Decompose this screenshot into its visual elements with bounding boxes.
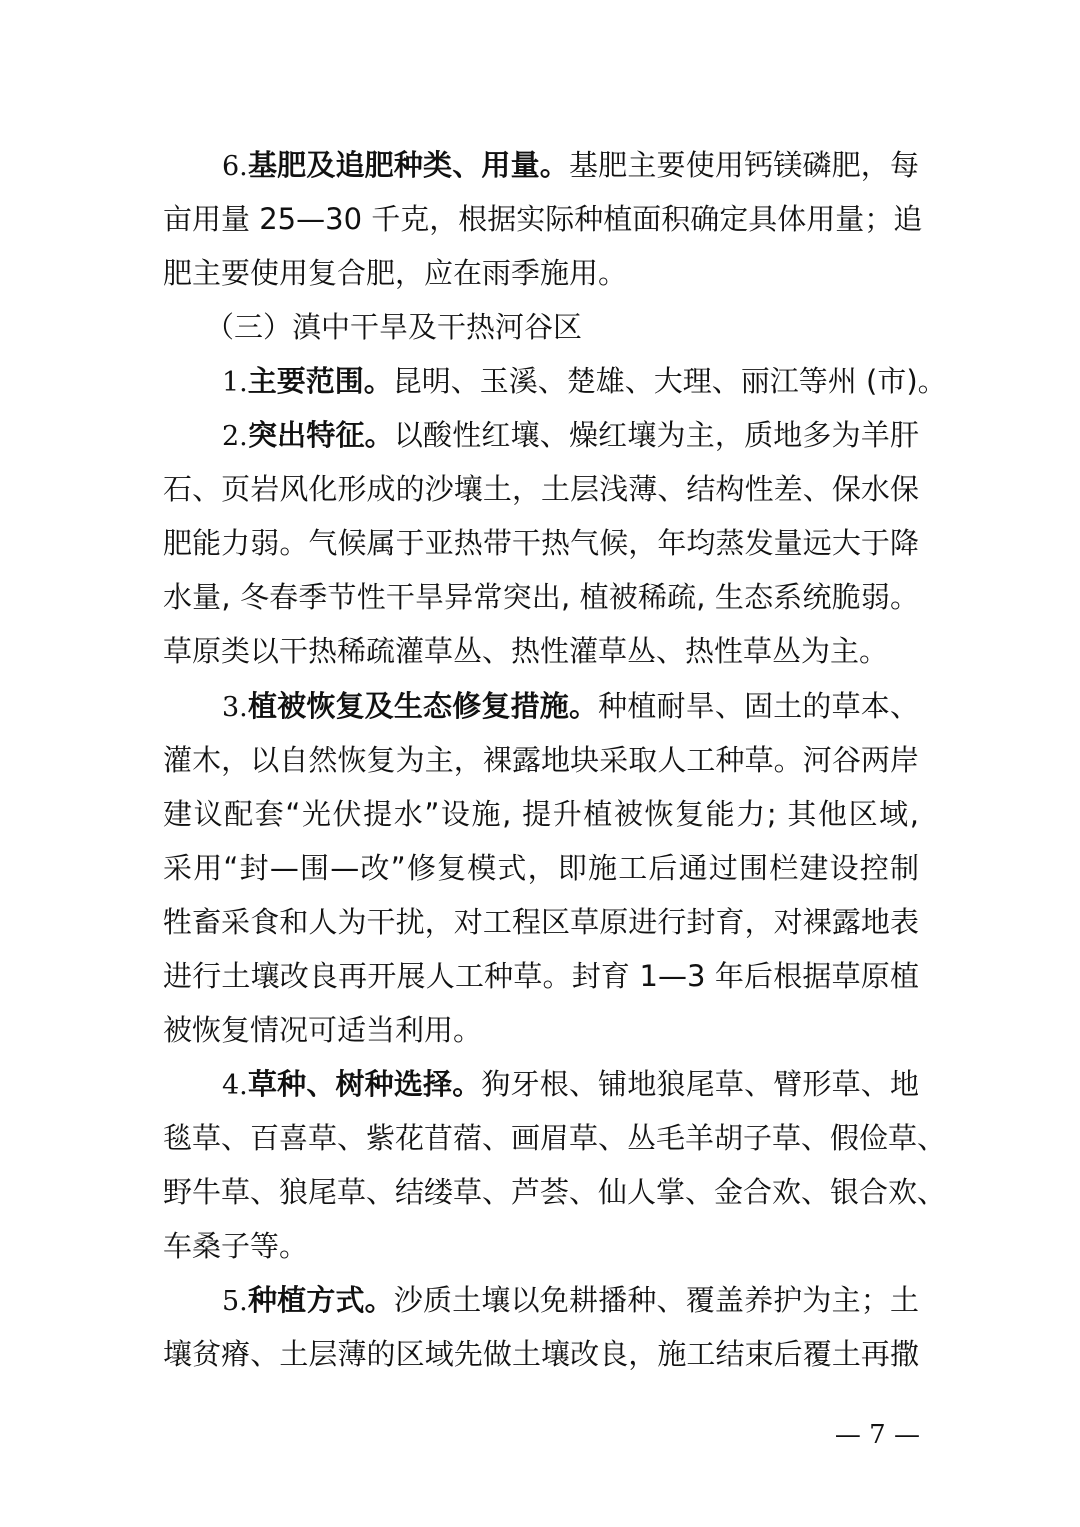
item-title: 种植方式。 [248,1283,394,1317]
page-number: — 7 — [820,1420,920,1450]
paragraph-1-line-1: 1.主要范围。昆明、玉溪、楚雄、大理、丽江等州 (市)。 [222,361,919,401]
paragraph-2-line-2: 石、页岩风化形成的沙壤土，土层浅薄、结构性差、保水保 [163,469,919,509]
paragraph-6-line-1: 6.基肥及追肥种类、用量。基肥主要使用钙镁磷肥，每 [222,145,919,185]
paragraph-2-line-4: 水量, 冬春季节性干旱异常突出, 植被稀疏, 生态系统脆弱。 [163,577,919,617]
paragraph-3-line-6: 进行土壤改良再开展人工种草。封育 1—3 年后根据草原植 [163,956,919,996]
item-text: 昆明、玉溪、楚雄、大理、丽江等州 (市)。 [393,364,947,398]
item-title: 草种、树种选择。 [248,1067,482,1101]
paragraph-3-line-1: 3.植被恢复及生态修复措施。种植耐旱、固土的草本、 [222,686,919,726]
item-text: 沙质土壤以免耕播种、覆盖养护为主；土 [394,1283,919,1317]
item-title: 突出特征。 [248,418,394,452]
paragraph-4-line-2: 毯草、百喜草、紫花苜蓿、画眉草、丛毛羊胡子草、假俭草、 [163,1118,919,1158]
paragraph-5-line-1: 5.种植方式。沙质土壤以免耕播种、覆盖养护为主；土 [222,1280,919,1320]
paragraph-2-line-3: 肥能力弱。气候属于亚热带干热气候，年均蒸发量远大于降 [163,523,919,563]
item-number: 5. [222,1286,248,1317]
item-number: 1. [222,367,248,398]
paragraph-6-line-3: 肥主要使用复合肥，应在雨季施用。 [163,253,919,293]
item-number: 4. [222,1070,248,1101]
paragraph-3-line-5: 牲畜采食和人为干扰，对工程区草原进行封育，对裸露地表 [163,902,919,942]
paragraph-3-line-7: 被恢复情况可适当利用。 [163,1010,919,1050]
item-title: 主要范围。 [248,364,393,398]
item-number: 3. [222,692,248,723]
item-title: 基肥及追肥种类、用量。 [248,148,569,182]
item-text: 基肥主要使用钙镁磷肥，每 [569,148,919,182]
item-number: 6. [222,151,248,182]
paragraph-2-line-1: 2.突出特征。以酸性红壤、燥红壤为主，质地多为羊肝 [222,415,919,455]
item-text: 狗牙根、铺地狼尾草、臂形草、地 [481,1067,919,1101]
paragraph-4-line-1: 4.草种、树种选择。狗牙根、铺地狼尾草、臂形草、地 [222,1064,919,1104]
item-title: 植被恢复及生态修复措施。 [248,689,598,723]
paragraph-3-line-4: 采用“封—围—改”修复模式，即施工后通过围栏建设控制 [163,848,919,888]
item-number: 2. [222,421,248,452]
item-text: 以酸性红壤、燥红壤为主，质地多为羊肝 [394,418,919,452]
paragraph-4-line-3: 野牛草、狼尾草、结缕草、芦荟、仙人掌、金合欢、银合欢、 [163,1172,919,1212]
document-page: 6.基肥及追肥种类、用量。基肥主要使用钙镁磷肥，每 亩用量 25—30 千克，根… [0,0,1080,1527]
paragraph-5-line-2: 壤贫瘠、土层薄的区域先做土壤改良，施工结束后覆土再撒 [163,1334,919,1374]
item-text: 种植耐旱、固土的草本、 [598,689,919,723]
section-heading: （三）滇中干旱及干热河谷区 [205,307,705,347]
paragraph-6-line-2: 亩用量 25—30 千克，根据实际种植面积确定具体用量；追 [163,199,919,239]
paragraph-3-line-2: 灌木，以自然恢复为主，裸露地块采取人工种草。河谷两岸 [163,740,919,780]
paragraph-2-line-5: 草原类以干热稀疏灌草丛、热性灌草丛、热性草丛为主。 [163,631,919,671]
paragraph-4-line-4: 车桑子等。 [163,1226,919,1266]
paragraph-3-line-3: 建议配套“光伏提水”设施, 提升植被恢复能力; 其他区域, [163,794,919,834]
